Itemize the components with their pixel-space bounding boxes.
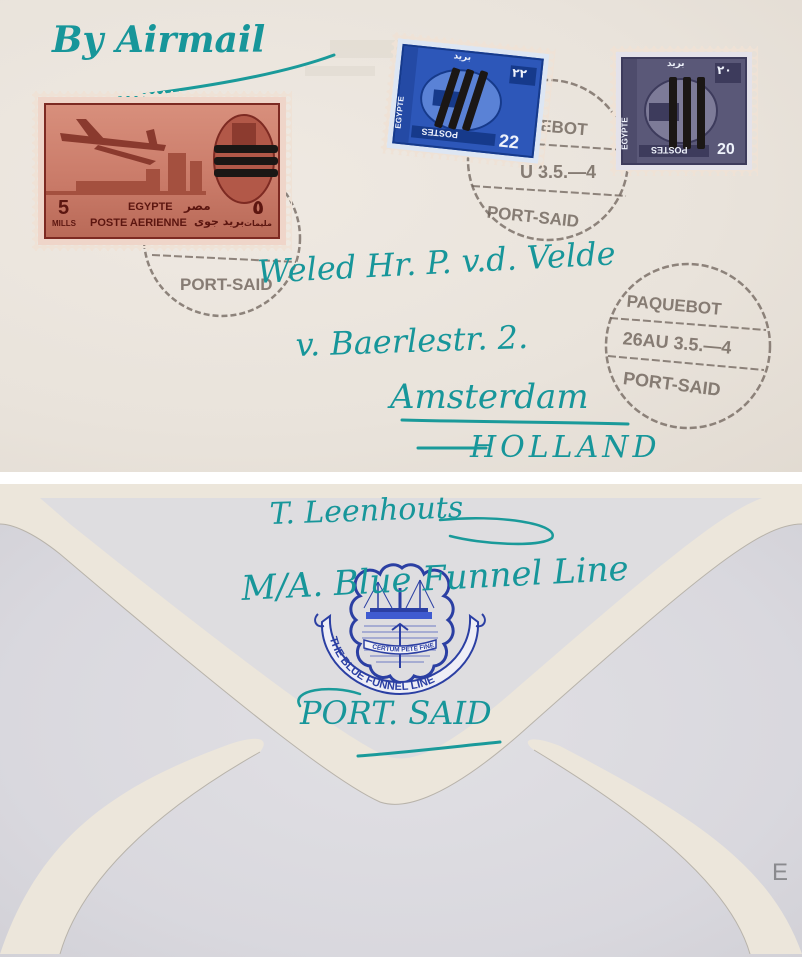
overprint-bar (214, 145, 278, 153)
stamp-denomination: 20 (717, 141, 735, 159)
overprint-bar (697, 77, 705, 149)
stamp-arabic-country: مصر (184, 199, 211, 213)
sender-line-3: PORT. SAID (299, 694, 492, 732)
address-underline (402, 420, 628, 424)
stamp-denomination: 22 (498, 131, 520, 154)
postage-stamp-22: POSTES 22 EGYPTE ٢٢ بريد (387, 38, 550, 163)
stamp-country: EGYPTE (621, 117, 630, 149)
sender-line-1: T. Leenhouts (269, 490, 464, 532)
stamp-type: POSTE AERIENNE (90, 217, 187, 229)
svg-text:PORT-SAID: PORT-SAID (486, 203, 580, 232)
stamp-arabic-type: بريد جوى (194, 215, 244, 228)
stamp-arabic-top: بريد (453, 51, 472, 63)
address-line-3: Amsterdam (387, 377, 589, 417)
overprint-bar (669, 77, 677, 149)
stamp-arabic-unit: مليمات (244, 219, 272, 228)
stamp-unit: MILLS (52, 219, 76, 228)
airmail-note: By Airmail (51, 19, 265, 61)
overprint-bar (683, 77, 691, 149)
envelope-back: CERTUM PETE FINEM THE BLUE FUNNEL LINE T… (0, 484, 802, 957)
airmail-stamp: 5 MILLS EGYPTE مصر POSTE AERIENNE بريد ج… (38, 97, 286, 245)
postage-stamp-20: POSTES 20 EGYPTE ٢٠ بريد (616, 52, 752, 170)
stamp-arabic-denomination: ٥ (252, 195, 264, 219)
overprint-bar (214, 169, 278, 177)
postmark-right: PAQUEBOT 26AU 3.5.—4 PORT-SAID (606, 264, 770, 428)
stamp-arabic-denomination: ٢٢ (511, 66, 527, 81)
airplane-icon (60, 119, 166, 165)
address-line-1: Weled Hr. P. v.d. Velde (256, 234, 616, 291)
stamp-denomination: 5 (58, 197, 69, 220)
recipient-address: Weled Hr. P. v.d. Velde v. Baerlestr. 2.… (256, 234, 660, 465)
svg-text:PAQUEBOT: PAQUEBOT (626, 292, 723, 319)
pencil-mark: E (772, 859, 788, 886)
overprint-bar (214, 157, 278, 165)
svg-text:26AU 3.5.—4: 26AU 3.5.—4 (622, 328, 732, 357)
stamp-arabic-top: بريد (667, 59, 685, 69)
stamp-type: POSTES (651, 145, 688, 155)
stamp-arabic-denomination: ٢٠ (717, 63, 732, 77)
dam-scene (46, 153, 206, 195)
address-line-4: HOLLAND (469, 430, 661, 465)
envelope-front: PORT-SAID PAQUEBOT U 3.5.—4 PORT-SAID PA… (0, 0, 802, 472)
address-line-2: v. Baerlestr. 2. (295, 318, 529, 364)
svg-text:PORT-SAID: PORT-SAID (622, 368, 722, 400)
stamp-country: EGYPTE (128, 201, 173, 213)
left-flap (0, 739, 264, 954)
